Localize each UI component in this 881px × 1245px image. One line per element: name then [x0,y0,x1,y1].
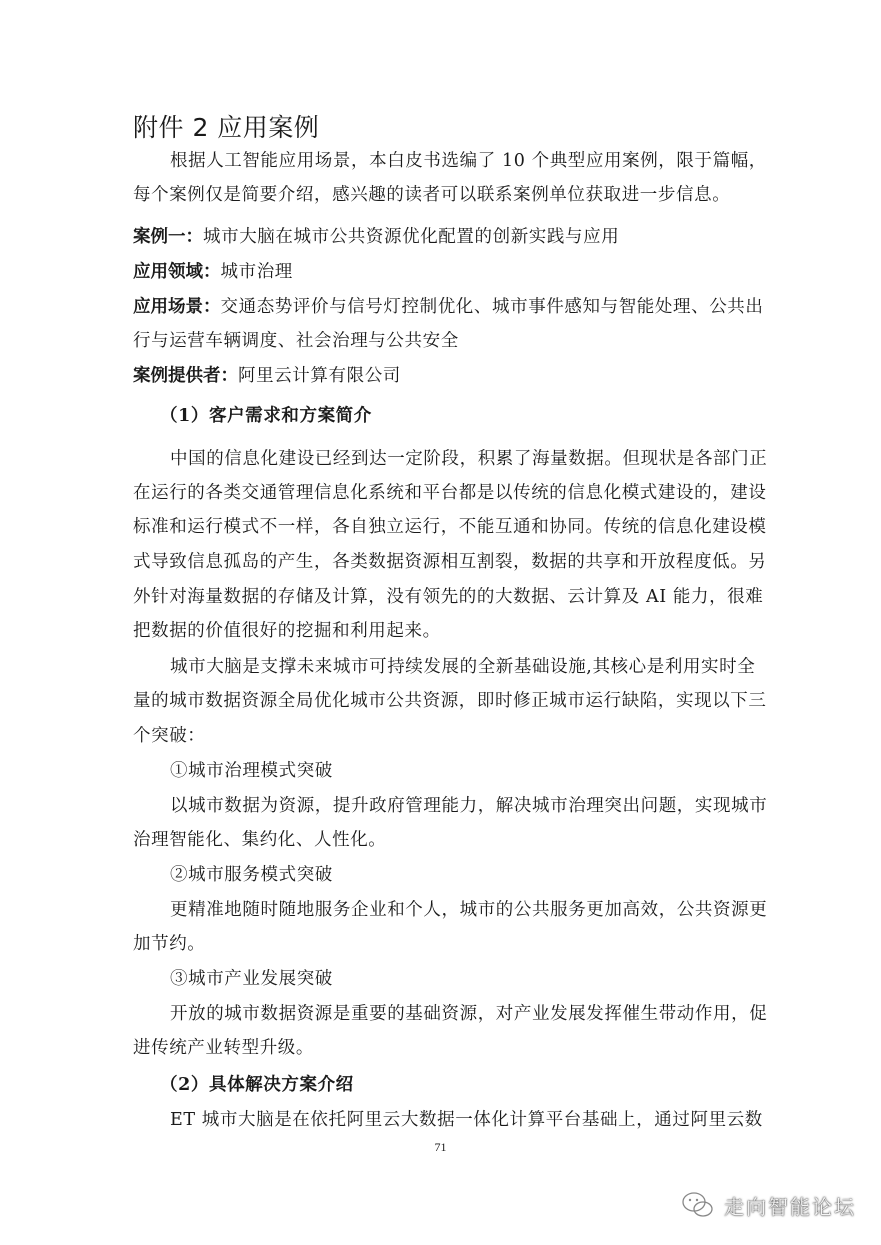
breakthrough-body: 进传统产业转型升级。 [133,1037,753,1059]
case-provider: 案例提供者：阿里云计算有限公司 [133,365,753,387]
para-line: 式导致信息孤岛的产生，各类数据资源相互割裂，数据的共享和开放程度低。另 [133,551,753,573]
breakthrough-body: 加节约。 [133,933,753,955]
para-line: 把数据的价值很好的挖掘和利用起来。 [133,620,753,642]
case-scene-value: 交通态势评价与信号灯控制优化、城市事件感知与智能处理、公共出 [221,297,764,317]
case-provider-value: 阿里云计算有限公司 [238,366,401,386]
section1-heading: （1）客户需求和方案简介 [160,405,780,427]
para-line: 外针对海量数据的存储及计算，没有领先的的大数据、云计算及 AI 能力，很难 [133,586,753,608]
case-name-label: 案例一： [133,227,203,247]
section2-heading: （2）具体解决方案介绍 [160,1074,780,1096]
case-scene-cont: 行与运营车辆调度、社会治理与公共安全 [133,330,753,352]
para-line: 标准和运行模式不一样，各自独立运行，不能互通和协同。传统的信息化建设模 [133,516,753,538]
watermark-text: 走向智能论坛 [724,1191,856,1220]
case-scene: 应用场景：交通态势评价与信号灯控制优化、城市事件感知与智能处理、公共出 [133,296,753,318]
case-provider-label: 案例提供者： [133,366,238,386]
para-line: 量的城市数据资源全局优化城市公共资源，即时修正城市运行缺陷，实现以下三 [133,690,753,712]
case-domain-label: 应用领域： [133,262,221,282]
breakthrough-body: 开放的城市数据资源是重要的基础资源，对产业发展发挥催生带动作用，促 [170,1003,790,1025]
para-line: 城市大脑是支撑未来城市可持续发展的全新基础设施,其核心是利用实时全 [170,656,790,678]
breakthrough-body: 治理智能化、集约化、人性化。 [133,829,753,851]
para-line: 中国的信息化建设已经到达一定阶段，积累了海量数据。但现状是各部门正 [170,448,790,470]
page-title: 附件 2 应用案例 [133,108,319,144]
para-line: 在运行的各类交通管理信息化系统和平台都是以传统的信息化模式建设的，建设 [133,482,753,504]
breakthrough-body: 更精准地随时随地服务企业和个人，城市的公共服务更加高效，公共资源更 [170,899,790,921]
intro-line: 根据人工智能应用场景，本白皮书选编了 10 个典型应用案例，限于篇幅， [170,150,790,172]
case-name: 案例一：城市大脑在城市公共资源优化配置的创新实践与应用 [133,226,753,248]
case-domain-value: 城市治理 [221,262,293,282]
breakthrough-title: ①城市治理模式突破 [170,760,790,782]
document-page: 附件 2 应用案例 根据人工智能应用场景，本白皮书选编了 10 个典型应用案例，… [0,0,881,1245]
page-number: 71 [0,1140,881,1155]
wechat-icon [680,1190,716,1220]
para-line: 个突破： [133,725,753,747]
case-domain: 应用领域：城市治理 [133,261,753,283]
watermark: 走向智能论坛 [680,1190,856,1220]
intro-line: 每个案例仅是简要介绍，感兴趣的读者可以联系案例单位获取进一步信息。 [133,184,753,206]
para-line: ET 城市大脑是在依托阿里云大数据一体化计算平台基础上，通过阿里云数 [170,1109,790,1131]
case-name-value: 城市大脑在城市公共资源优化配置的创新实践与应用 [203,227,619,247]
breakthrough-title: ③城市产业发展突破 [170,968,790,990]
breakthrough-title: ②城市服务模式突破 [170,864,790,886]
breakthrough-body: 以城市数据为资源，提升政府管理能力，解决城市治理突出问题，实现城市 [170,795,790,817]
case-scene-label: 应用场景： [133,297,221,317]
